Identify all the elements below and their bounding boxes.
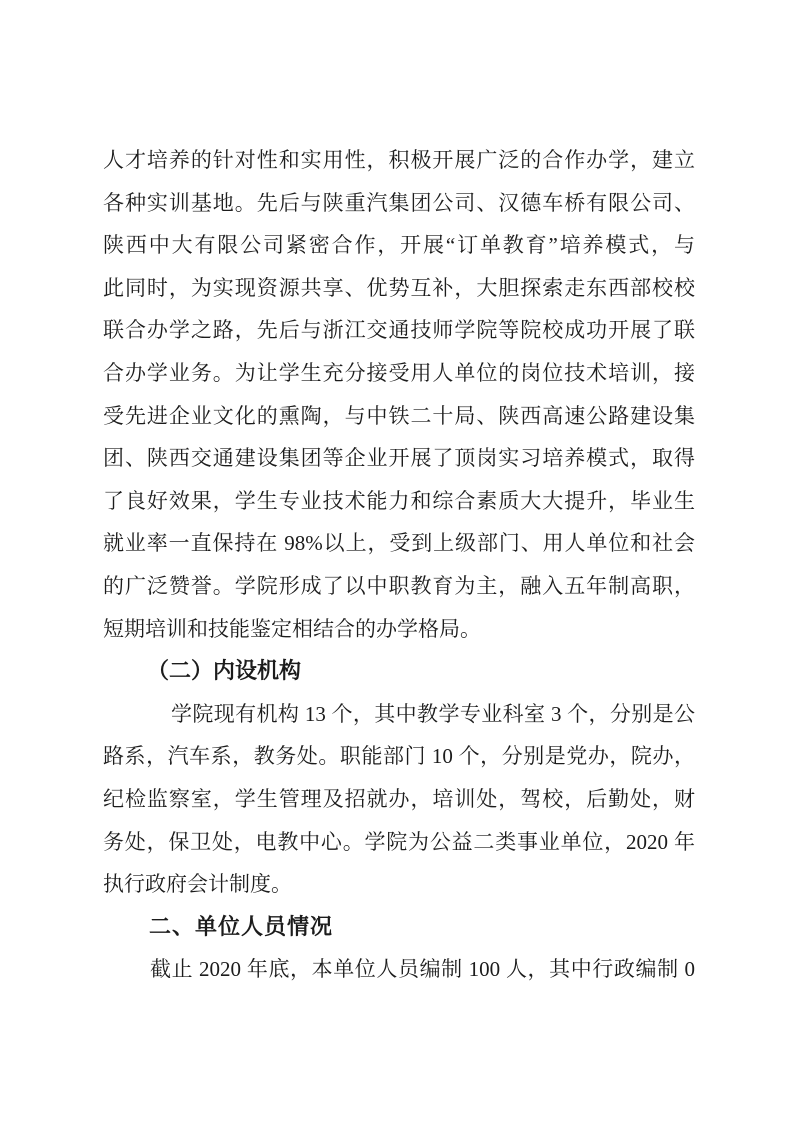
text-line: 执行政府会计制度。 [103,863,695,906]
text-line: 路系，汽车系，教务处。职能部门 10 个，分别是党办，院办， [103,735,695,778]
document-page: 人才培养的针对性和实用性，积极开展广泛的合作办学，建立 各种实训基地。先后与陕重… [0,0,800,1131]
text-line: 受先进企业文化的熏陶，与中铁二十局、陕西高速公路建设集 [103,395,695,438]
text-line: 此同时，为实现资源共享、优势互补，大胆探索走东西部校校 [103,267,695,310]
paragraph-personnel: 截止 2020 年底，本单位人员编制 100 人，其中行政编制 0 [103,948,695,991]
text-line: 短期培训和技能鉴定相结合的办学格局。 [103,608,695,651]
text-line: 团、陕西交通建设集团等企业开展了顶岗实习培养模式，取得 [103,437,695,480]
text-line: 了良好效果，学生专业技术能力和综合素质大大提升，毕业生 [103,480,695,523]
text-line: 纪检监察室，学生管理及招就办，培训处，驾校，后勤处，财 [103,778,695,821]
document-body: 人才培养的针对性和实用性，积极开展广泛的合作办学，建立 各种实训基地。先后与陕重… [103,139,695,991]
section-heading-personnel: 二、单位人员情况 [103,906,695,949]
text-line: 务处，保卫处，电教中心。学院为公益二类事业单位，2020 年 [103,821,695,864]
paragraph-cooperation: 人才培养的针对性和实用性，积极开展广泛的合作办学，建立 各种实训基地。先后与陕重… [103,139,695,650]
section-heading-internal-org: （二）内设机构 [103,650,695,693]
text-line: 合办学业务。为让学生充分接受用人单位的岗位技术培训，接 [103,352,695,395]
text-line: 的广泛赞誉。学院形成了以中职教育为主，融入五年制高职， [103,565,695,608]
text-line: 就业率一直保持在 98%以上，受到上级部门、用人单位和社会 [103,522,695,565]
text-line: 学院现有机构 13 个，其中教学专业科室 3 个，分别是公 [103,693,695,736]
text-line: 各种实训基地。先后与陕重汽集团公司、汉德车桥有限公司、 [103,182,695,225]
paragraph-internal-org: 学院现有机构 13 个，其中教学专业科室 3 个，分别是公 路系，汽车系，教务处… [103,693,695,906]
text-line: 人才培养的针对性和实用性，积极开展广泛的合作办学，建立 [103,139,695,182]
text-line: 截止 2020 年底，本单位人员编制 100 人，其中行政编制 0 [103,948,695,991]
text-line: 陕西中大有限公司紧密合作，开展“订单教育”培养模式，与 [103,224,695,267]
text-line: 联合办学之路，先后与浙江交通技师学院等院校成功开展了联 [103,309,695,352]
